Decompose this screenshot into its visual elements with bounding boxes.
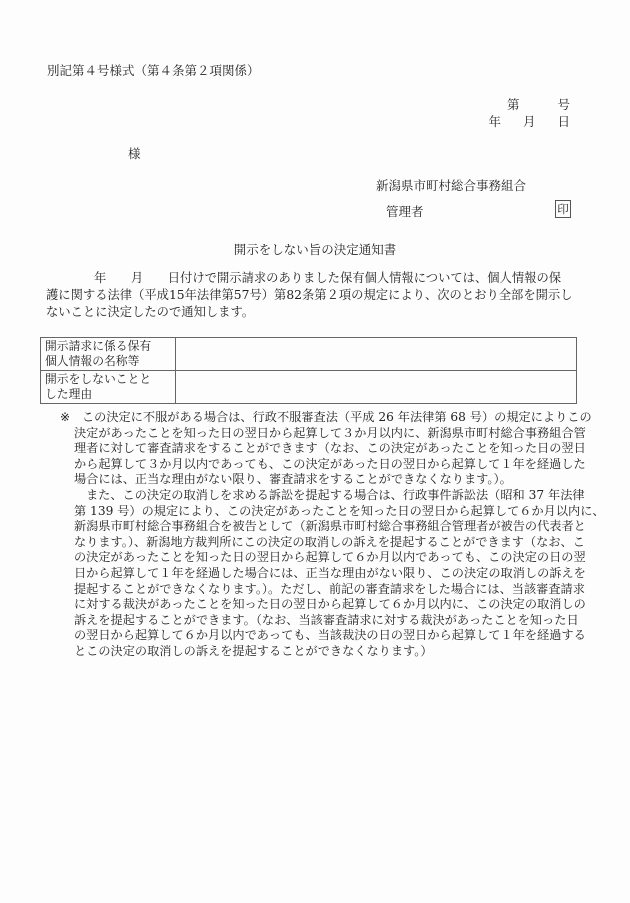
number-prefix: 第	[507, 95, 520, 113]
table-label-cell: 開示請求に係る保有 個人情報の名称等	[41, 338, 176, 371]
table-label-cell: 開示をしないことと した理由	[41, 371, 176, 404]
label-line: した理由	[45, 387, 171, 402]
label-line: 個人情報の名称等	[45, 354, 171, 369]
note-line: 理者に対して審査請求をすることができます（なお、この決定があったことを知った日の…	[58, 441, 588, 457]
note-section: ※ この決定に不服がある場合は、行政不服審査法（平成 26 年法律第 68 号）…	[58, 410, 588, 660]
official-title: 管理者	[386, 202, 424, 220]
date-month: 月	[523, 112, 536, 130]
note-line: に対する裁決があったことを知った日の翌日から起算して６か月以内に、この決定の取消…	[58, 597, 588, 613]
note-line: 新潟県市町村総合事務組合を被告として（新潟県市町村総合事務組合管理者が被告の代表…	[58, 519, 588, 535]
table-row: 開示請求に係る保有 個人情報の名称等	[41, 338, 577, 371]
date-year: 年	[488, 112, 501, 130]
note-line: の決定があったことを知った日の翌日から起算して６か月以内であっても、この決定の日…	[58, 550, 588, 566]
document-title: 開示をしない旨の決定通知書	[0, 240, 630, 258]
note-line: なります。）、新潟地方裁判所にこの決定の取消しの訴えを提起することができます（な…	[58, 535, 588, 551]
note-mark: ※	[60, 410, 70, 426]
note-line: 日から起算して１年を経過した場合には、正当な理由がない限り、この決定の取消しの訴…	[58, 566, 588, 582]
note-line: から起算して３か月以内であっても、この決定があった日の翌日から起算して１年を経過…	[58, 457, 588, 473]
note-line: とこの決定の取消しの訴えを提起することができなくなります。）	[58, 644, 588, 660]
date-line: 年月日	[488, 112, 570, 130]
intro-paragraph: 年 月 日付けで開示請求のありました保有個人情報については、個人情報の保 護に関…	[58, 270, 580, 321]
table-value-cell[interactable]	[176, 371, 577, 404]
note-line: また、この決定の取消しを求める訴訟を提起する場合は、行政事件訴訟法（昭和 37 …	[58, 488, 588, 504]
seal-mark: 印	[555, 200, 571, 218]
table-row: 開示をしないことと した理由	[41, 371, 577, 404]
note-line: 決定があったことを知った日の翌日から起算して３か月以内に、新潟県市町村総合事務組…	[58, 426, 588, 442]
note-line: この決定に不服がある場合は、行政不服審査法（平成 26 年法律第 68 号）の規…	[58, 410, 588, 426]
intro-line: 年 月 日付けで開示請求のありました保有個人情報については、個人情報の保	[58, 270, 580, 287]
number-suffix: 号	[557, 95, 570, 113]
intro-line: 護に関する法律（平成15年法律第57号）第82条第２項の規定により、次のとおり全…	[46, 287, 580, 304]
note-line: の翌日から起算して６か月以内であっても、当該裁決の日の翌日から起算して１年を経過…	[58, 628, 588, 644]
note-line: 場合には、正当な理由がない限り、審査請求をすることができなくなります。）。	[58, 472, 588, 488]
addressee-suffix: 様	[128, 144, 141, 162]
label-line: 開示をしないことと	[45, 372, 171, 387]
organization-name: 新潟県市町村総合事務組合	[376, 176, 526, 194]
intro-line: ないことに決定したので通知します。	[46, 304, 580, 321]
document-number-line: 第号	[507, 95, 570, 113]
label-line: 開示請求に係る保有	[45, 339, 171, 354]
form-number: 別記第４号様式（第４条第２項関係）	[47, 61, 260, 79]
note-line: 第 139 号）の規定により、この決定があったことを知った日の翌日から起算して６…	[58, 504, 588, 520]
note-line: 訴えを提起することができます。（なお、当該審査請求に対する裁決があったことを知っ…	[58, 613, 588, 629]
table-value-cell[interactable]	[176, 338, 577, 371]
info-table: 開示請求に係る保有 個人情報の名称等 開示をしないことと した理由	[40, 337, 577, 404]
note-line: 提起することができなくなります。）。ただし、前記の審査請求をした場合には、当該審…	[58, 582, 588, 598]
date-day: 日	[557, 112, 570, 130]
